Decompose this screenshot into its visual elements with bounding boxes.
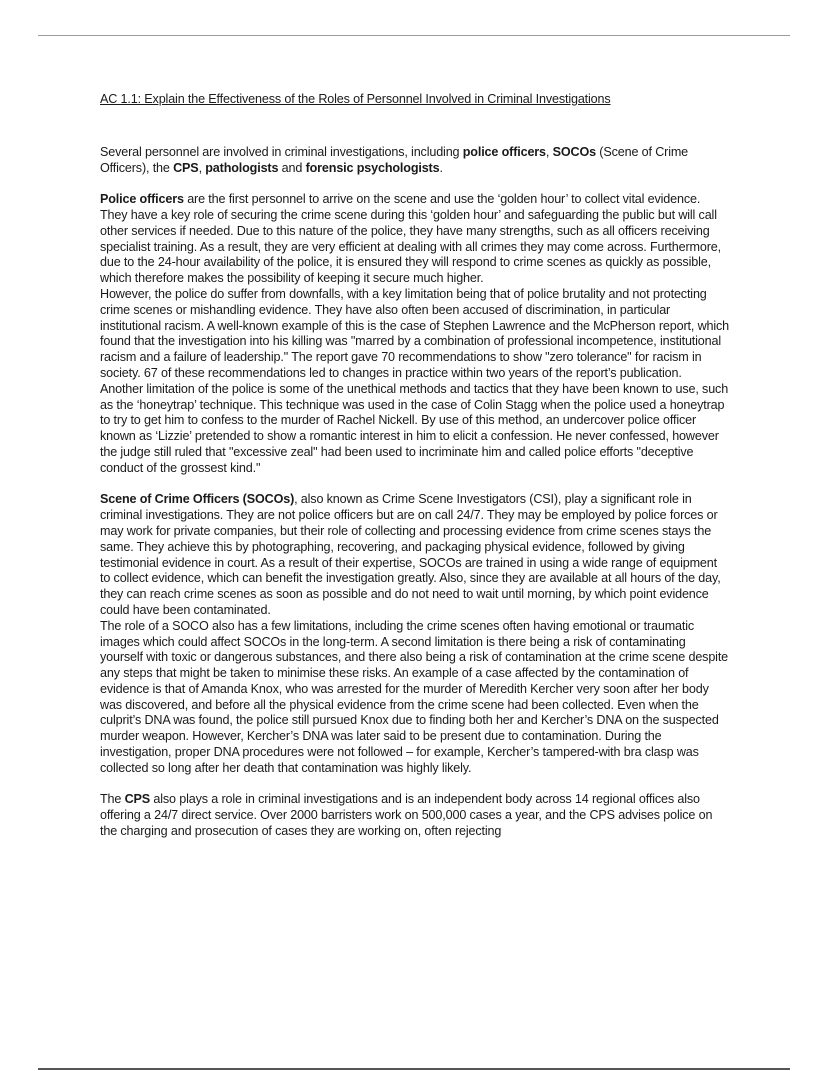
bold-term: police officers [463, 145, 546, 159]
police-paragraph-2: However, the police do suffer from downf… [100, 287, 730, 382]
text: , [546, 145, 553, 159]
bold-term: forensic psychologists [306, 161, 440, 175]
bold-term: SOCOs [553, 145, 596, 159]
spacer [100, 777, 730, 793]
page-bottom-border [38, 1068, 790, 1070]
bold-term: Police officers [100, 192, 184, 206]
bold-term: CPS [173, 161, 198, 175]
text: also plays a role in criminal investigat… [100, 792, 712, 838]
bold-term: CPS [125, 792, 150, 806]
bold-term: pathologists [205, 161, 278, 175]
police-paragraph-1: Police officers are the first personnel … [100, 192, 730, 287]
text: . [439, 161, 442, 175]
intro-paragraph: Several personnel are involved in crimin… [100, 145, 730, 177]
soco-paragraph-2: The role of a SOCO also has a few limita… [100, 619, 730, 777]
spacer [100, 477, 730, 493]
page-top-border [38, 35, 790, 36]
text: are the first personnel to arrive on the… [100, 192, 721, 285]
spacer [100, 176, 730, 192]
text: Several personnel are involved in crimin… [100, 145, 463, 159]
cps-paragraph: The CPS also plays a role in criminal in… [100, 792, 730, 839]
text: , also known as Crime Scene Investigator… [100, 492, 721, 617]
bold-term: Scene of Crime Officers (SOCOs) [100, 492, 294, 506]
soco-paragraph-1: Scene of Crime Officers (SOCOs), also kn… [100, 492, 730, 618]
text: and [278, 161, 305, 175]
text: The [100, 792, 125, 806]
police-paragraph-3: Another limitation of the police is some… [100, 382, 730, 477]
document-page: AC 1.1: Explain the Effectiveness of the… [100, 92, 730, 840]
document-title: AC 1.1: Explain the Effectiveness of the… [100, 92, 730, 108]
